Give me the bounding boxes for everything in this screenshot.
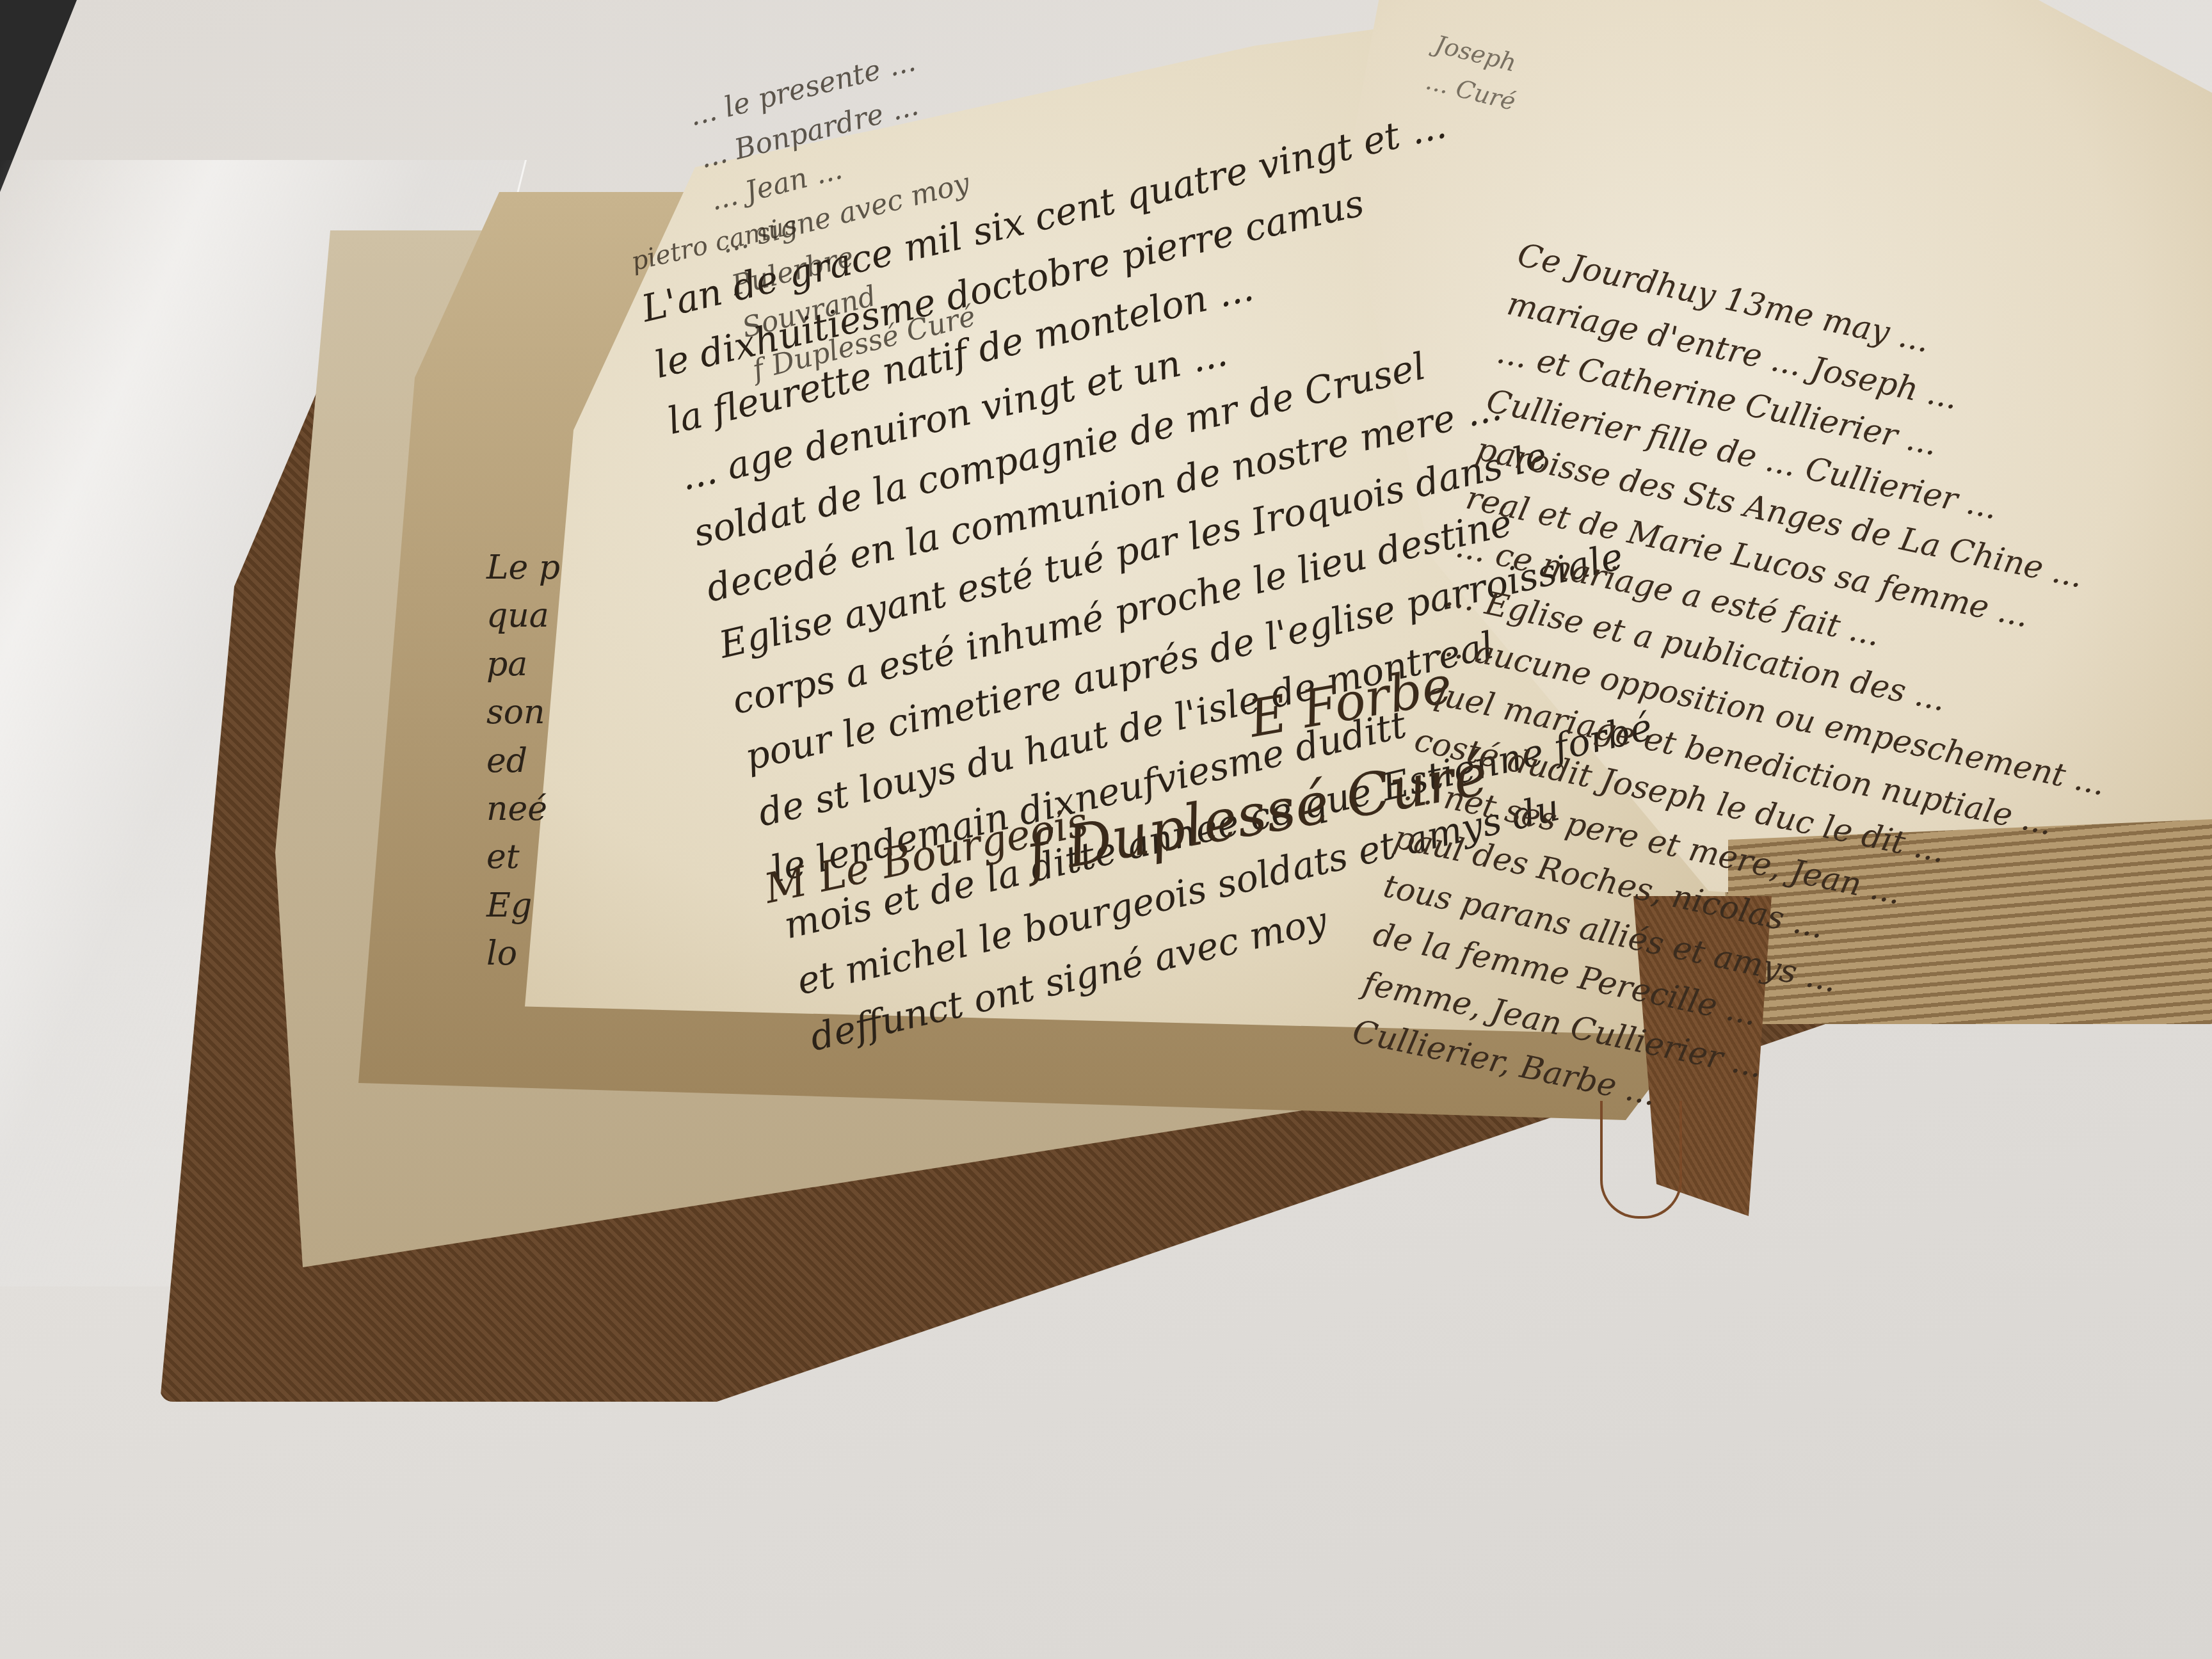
- margin-line: qua: [486, 592, 560, 640]
- margin-fragments: Le p qua pa son ed neé et Eg lo: [486, 544, 560, 979]
- margin-line: lo: [486, 930, 560, 978]
- margin-line: et: [486, 833, 560, 881]
- margin-line: ed: [486, 737, 560, 785]
- margin-line: son: [486, 689, 560, 737]
- margin-line: Eg: [486, 882, 560, 930]
- margin-line: Le p: [486, 544, 560, 592]
- margin-line: neé: [486, 785, 560, 833]
- margin-line: pa: [486, 641, 560, 689]
